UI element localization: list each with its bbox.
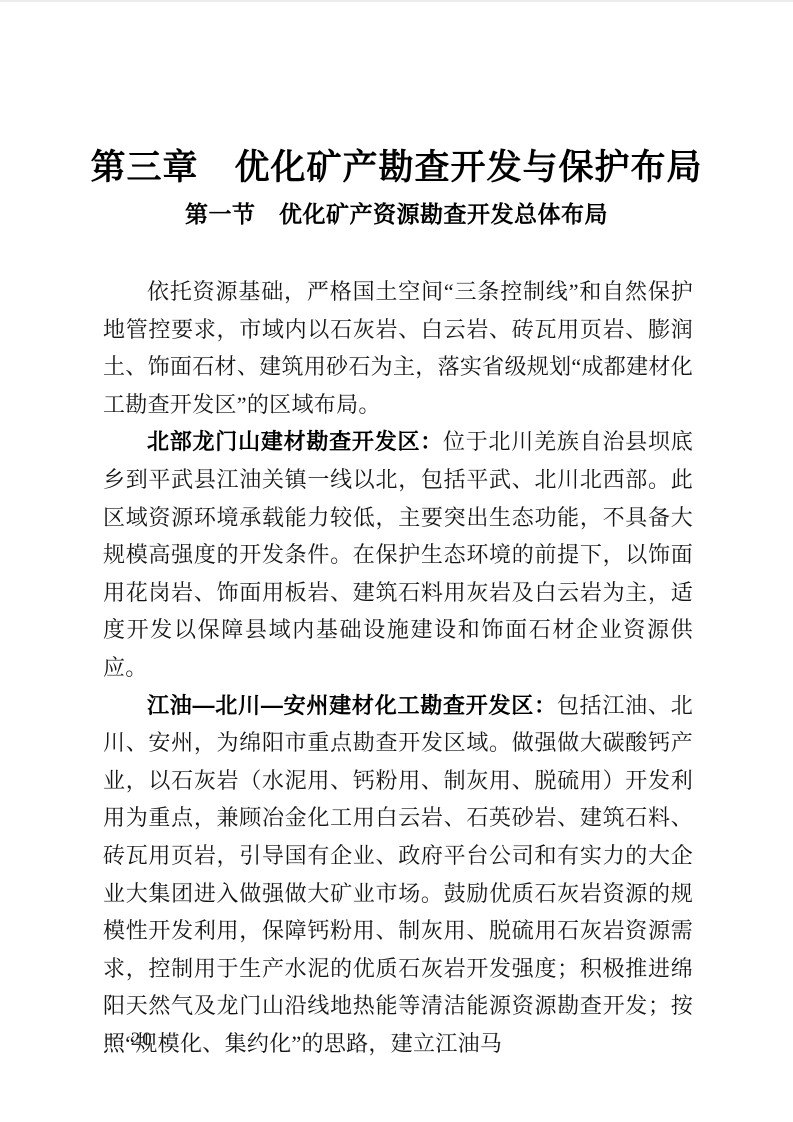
paragraph-overview-text: 依托资源基础，严格国土空间“三条控制线”和自然保护地管控要求，市域内以石灰岩、白…: [103, 279, 693, 417]
paragraph-jiangyou-beichuan-anzhou-text: 包括江油、北川、安州，为绵阳市重点勘查开发区域。做强做大碳酸钙产业，以石灰岩（水…: [103, 693, 693, 1056]
paragraph-north-longmenshan: 北部龙门山建材勘查开发区：位于北川羌族自治县坝底乡到平武县江油关镇一线以北，包括…: [103, 423, 693, 686]
paragraph-north-longmenshan-text: 位于北川羌族自治县坝底乡到平武县江油关镇一线以北，包括平武、北川北西部。此区域资…: [103, 429, 693, 680]
paragraph-jiangyou-beichuan-anzhou-lead: 江油—北川—安州建材化工勘查开发区：: [147, 693, 557, 718]
paragraph-jiangyou-beichuan-anzhou: 江油—北川—安州建材化工勘查开发区：包括江油、北川、安州，为绵阳市重点勘查开发区…: [103, 687, 693, 1063]
page-number: － 20 －: [103, 1024, 182, 1051]
section-title: 第一节 优化矿产资源勘查开发总体布局: [0, 196, 793, 229]
chapter-title: 第三章 优化矿产勘查开发与保护布局: [0, 140, 793, 190]
paragraph-overview: 依托资源基础，严格国土空间“三条控制线”和自然保护地管控要求，市域内以石灰岩、白…: [103, 273, 693, 423]
body-text: 依托资源基础，严格国土空间“三条控制线”和自然保护地管控要求，市域内以石灰岩、白…: [103, 273, 693, 1062]
paragraph-north-longmenshan-lead: 北部龙门山建材勘查开发区：: [147, 429, 443, 454]
document-page: 第三章 优化矿产勘查开发与保护布局 第一节 优化矿产资源勘查开发总体布局 依托资…: [0, 0, 793, 1122]
